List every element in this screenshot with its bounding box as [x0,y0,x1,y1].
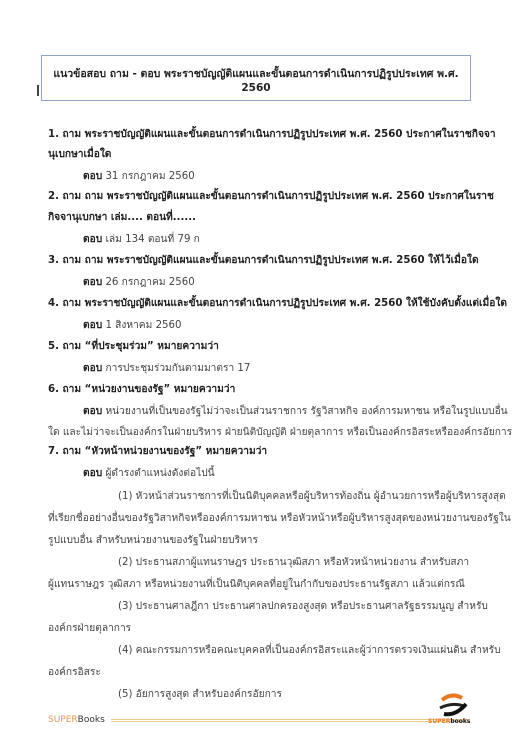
answer-line: ตอบ เล่ม 134 ตอนที่ 79 ก [83,233,200,247]
logo-wordmark: SUPERbooks [428,718,470,725]
answer-text: ผู้ดำรงตำแหน่งดังต่อไปนี้ [105,468,214,479]
question-line: นุเบกษาเมื่อใด [48,148,111,162]
answer-text: 31 กรกฎาคม 2560 [105,171,194,182]
swoosh-logo-icon [428,692,474,720]
document-title-box: แนวข้อสอบ ถาม - ตอบ พระราชบัญญัติแผนและข… [41,55,471,101]
answer-label: ตอบ [83,406,102,417]
continuation-line: องค์กรอิสระ [48,666,101,680]
answer-line: ตอบ 31 กรกฎาคม 2560 [83,170,195,184]
answer-line: ตอบ 26 กรกฎาคม 2560 [83,276,195,290]
question-line: 2. ถาม ถาม พระราชบัญญัติแผนและขั้นตอนการ… [48,190,494,204]
enumerated-item: (3) ประธานศาลฎีกา ประธานศาลปกครองสูงสุด … [118,600,488,614]
enumerated-item: (1) หัวหน้าส่วนราชการที่เป็นนิติบุคคลหรื… [118,490,506,504]
question-line: 4. ถาม พระราชบัญญัติแผนและขั้นตอนการดำเน… [48,297,507,311]
text-cursor-mark [37,85,39,96]
enumerated-item: (2) ประธานสภาผู้แทนราษฎร ประธานวุฒิสภา ห… [118,556,469,570]
answer-label: ตอบ [83,234,102,245]
superbooks-logo: SUPERbooks [428,692,474,728]
continuation-line: องค์กรฝ่ายตุลาการ [48,622,131,636]
answer-text: 1 สิงหาคม 2560 [105,320,181,331]
enumerated-item: (4) คณะกรรมการหรือคณะบุคคลที่เป็นองค์กรอ… [118,644,501,658]
question-line: 5. ถาม “ที่ประชุมร่วม” หมายความว่า [48,340,219,354]
continuation-line: ที่เรียกชื่ออย่างอื่นของรัฐวิสาหกิจหรืออ… [48,512,511,526]
footer-brand-super: SUPER [48,715,78,725]
answer-line: ตอบ การประชุมร่วมกันตามมาตรา 17 [83,362,250,376]
answer-text: 26 กรกฎาคม 2560 [105,277,194,288]
continuation-line: ผู้แทนราษฎร วุฒิสภา หรือหน่วยงานที่เป็นน… [48,578,465,592]
answer-label: ตอบ [83,320,102,331]
answer-label: ตอบ [83,363,102,374]
page-footer: SUPERBooks [48,713,468,727]
document-title: แนวข้อสอบ ถาม - ตอบ พระราชบัญญัติแผนและข… [53,68,458,94]
answer-text: การประชุมร่วมกันตามมาตรา 17 [105,363,250,374]
answer-text: เล่ม 134 ตอนที่ 79 ก [105,234,199,245]
footer-divider [111,719,468,722]
question-line: 1. ถาม พระราชบัญญัติแผนและขั้นตอนการดำเน… [48,128,496,142]
enumerated-item: (5) อัยการสูงสุด สำหรับองค์กรอัยการ [118,688,282,702]
answer-line: ตอบ 1 สิงหาคม 2560 [83,319,182,333]
continuation-line: รูปแบบอื่น สำหรับหน่วยงานของรัฐในฝ่ายบริ… [48,534,258,548]
question-line: กิจจานุเบกษา เล่ม.... ตอนที่...... [48,211,196,225]
answer-text: หน่วยงานที่เป็นของรัฐไม่ว่าจะเป็นส่วนราช… [105,406,507,417]
answer-label: ตอบ [83,468,102,479]
answer-line: ตอบ หน่วยงานที่เป็นของรัฐไม่ว่าจะเป็นส่ว… [83,405,508,419]
footer-brand-books: Books [78,715,105,725]
answer-label: ตอบ [83,277,102,288]
answer-label: ตอบ [83,171,102,182]
question-line: 3. ถาม ถาม พระราชบัญญัติแผนและขั้นตอนการ… [48,254,479,268]
continuation-line: ใด และไม่ว่าจะเป็นองค์กรในฝ่ายบริหาร ฝ่า… [48,426,512,440]
question-line: 6. ถาม “หน่วยงานของรัฐ” หมายความว่า [48,383,235,397]
answer-line: ตอบ ผู้ดำรงตำแหน่งดังต่อไปนี้ [83,467,215,481]
question-line: 7. ถาม “หัวหน้าหน่วยงานของรัฐ” หมายความว… [48,445,267,459]
